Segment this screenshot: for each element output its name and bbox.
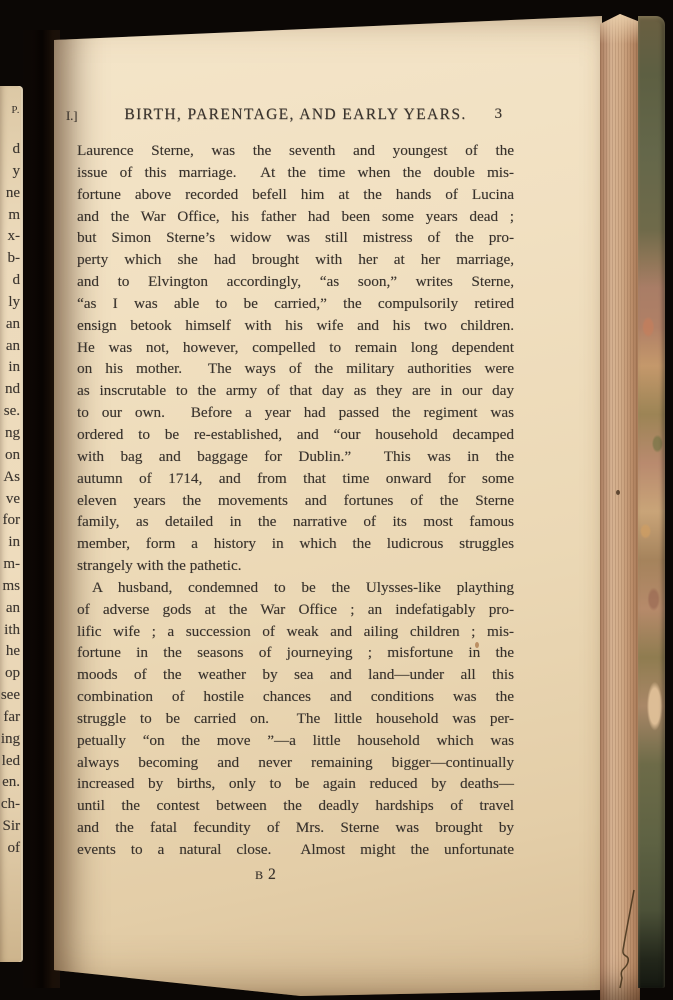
facing-page-line-fragment: he bbox=[0, 641, 20, 663]
body-line: member, form a history in which the ludi… bbox=[77, 533, 514, 555]
body-line: to our own. Before a year had passed the… bbox=[77, 402, 514, 424]
body-line: family, as detailed in the narrative of … bbox=[77, 511, 514, 533]
body-line: and the fatal fecundity of Mrs. Sterne w… bbox=[77, 817, 514, 839]
page-body-text: Laurence Sterne, was the seventh and you… bbox=[77, 140, 514, 861]
body-line: and the War Office, his father had been … bbox=[77, 206, 514, 228]
facing-page-line-fragment: ve bbox=[0, 489, 20, 511]
facing-page-line-fragment: b- bbox=[0, 248, 20, 270]
facing-page-line-fragment: m bbox=[0, 205, 20, 227]
facing-page-line-fragment: y bbox=[0, 161, 20, 183]
body-line: and to Elvington accordingly, “as soon,”… bbox=[77, 271, 514, 293]
facing-page-line-fragment: for bbox=[0, 510, 20, 532]
fore-edge bbox=[600, 14, 640, 1000]
ink-mark bbox=[598, 878, 642, 1000]
facing-page-lines: dynemx-b-dlyananinndse.ngonAsveforinm-ms… bbox=[0, 139, 20, 860]
body-line: petually “on the move ”—a little househo… bbox=[77, 730, 514, 752]
body-line: perty which she had brought with her at … bbox=[77, 249, 514, 271]
body-line: events to a natural close. Almost might … bbox=[77, 839, 514, 861]
facing-page-line-fragment: an bbox=[0, 314, 20, 336]
facing-page-line-fragment: se. bbox=[0, 401, 20, 423]
body-line: struggle to be carried on. The little ho… bbox=[77, 708, 514, 730]
facing-page-line-fragment: op bbox=[0, 663, 20, 685]
facing-page-line-fragment: Sir bbox=[0, 816, 20, 838]
facing-page-line-fragment: en. bbox=[0, 772, 20, 794]
facing-page-header-fragment: P. bbox=[11, 104, 20, 116]
facing-page-line-fragment: led bbox=[0, 751, 20, 773]
facing-page-line-fragment: ms bbox=[0, 576, 20, 598]
body-line: until the contest between the deadly har… bbox=[77, 795, 514, 817]
facing-page-line-fragment: As bbox=[0, 467, 20, 489]
body-line: combination of hostile chances and condi… bbox=[77, 686, 514, 708]
facing-page-line-fragment: ith bbox=[0, 620, 20, 642]
body-line: increased by births, only to be again re… bbox=[77, 773, 514, 795]
body-line: but Simon Sterne’s widow was still mistr… bbox=[77, 227, 514, 249]
facing-page-line-fragment: ch- bbox=[0, 794, 20, 816]
body-line: eleven years the movements and fortunes … bbox=[77, 490, 514, 512]
body-line: A husband, condemned to be the Ulysses-l… bbox=[77, 577, 514, 599]
chapter-marker: I.] bbox=[66, 109, 77, 124]
body-line: of adverse gods at the War Office ; an i… bbox=[77, 599, 514, 621]
book-photo: P. dynemx-b-dlyananinndse.ngonAsveforinm… bbox=[0, 0, 673, 1000]
facing-page-line-fragment: x- bbox=[0, 226, 20, 248]
running-title: BIRTH, PARENTAGE, AND EARLY YEARS. bbox=[77, 106, 514, 124]
body-line: with bag and baggage for Dublin.” This w… bbox=[77, 446, 514, 468]
marbled-edge bbox=[638, 16, 665, 988]
body-line: on his mother. The ways of the military … bbox=[77, 358, 514, 380]
body-line: ensign betook himself with his wife and … bbox=[77, 315, 514, 337]
signature-mark: B2 bbox=[255, 866, 276, 884]
body-line: issue of this marriage. At the time when… bbox=[77, 162, 514, 184]
body-line: fortune above recorded befell him at the… bbox=[77, 184, 514, 206]
body-line: always becoming and never remaining bigg… bbox=[77, 752, 514, 774]
page-number: 3 bbox=[495, 106, 503, 123]
facing-page-line-fragment: ne bbox=[0, 183, 20, 205]
body-line: lific wife ; a succession of weak and ai… bbox=[77, 621, 514, 643]
facing-page-line-fragment: see bbox=[0, 685, 20, 707]
body-line: “as I was able to be carried,” the compu… bbox=[77, 293, 514, 315]
body-line: He was not, however, compelled to remain… bbox=[77, 337, 514, 359]
facing-page-line-fragment: far bbox=[0, 707, 20, 729]
facing-page-line-fragment: ing bbox=[0, 729, 20, 751]
body-line: ordered to be re-established, and “our h… bbox=[77, 424, 514, 446]
facing-page-line-fragment: m- bbox=[0, 554, 20, 576]
facing-page-line-fragment: ly bbox=[0, 292, 20, 314]
facing-page-line-fragment: d bbox=[0, 270, 20, 292]
facing-page-line-fragment: an bbox=[0, 336, 20, 358]
book-page: I.] BIRTH, PARENTAGE, AND EARLY YEARS. 3… bbox=[54, 14, 602, 996]
body-line: strangely with the pathetic. bbox=[77, 555, 514, 577]
facing-page-line-fragment: in bbox=[0, 357, 20, 379]
signature-letter: B bbox=[255, 868, 264, 882]
paper-speck bbox=[475, 642, 479, 648]
facing-page-line-fragment: of bbox=[0, 838, 20, 860]
body-line: Laurence Sterne, was the seventh and you… bbox=[77, 140, 514, 162]
edge-speck bbox=[616, 490, 620, 495]
facing-page-line-fragment: on bbox=[0, 445, 20, 467]
facing-page-line-fragment: ng bbox=[0, 423, 20, 445]
body-line: as inscrutable to the army of that day a… bbox=[77, 380, 514, 402]
body-line: moods of the weather by sea and land—und… bbox=[77, 664, 514, 686]
facing-page-line-fragment: in bbox=[0, 532, 20, 554]
body-line: fortune in the seasons of journeying ; m… bbox=[77, 642, 514, 664]
facing-page-line-fragment: an bbox=[0, 598, 20, 620]
body-line: autumn of 1714, and from that time onwar… bbox=[77, 468, 514, 490]
facing-page-line-fragment: d bbox=[0, 139, 20, 161]
facing-page-line-fragment: nd bbox=[0, 379, 20, 401]
signature-number: 2 bbox=[268, 866, 276, 883]
